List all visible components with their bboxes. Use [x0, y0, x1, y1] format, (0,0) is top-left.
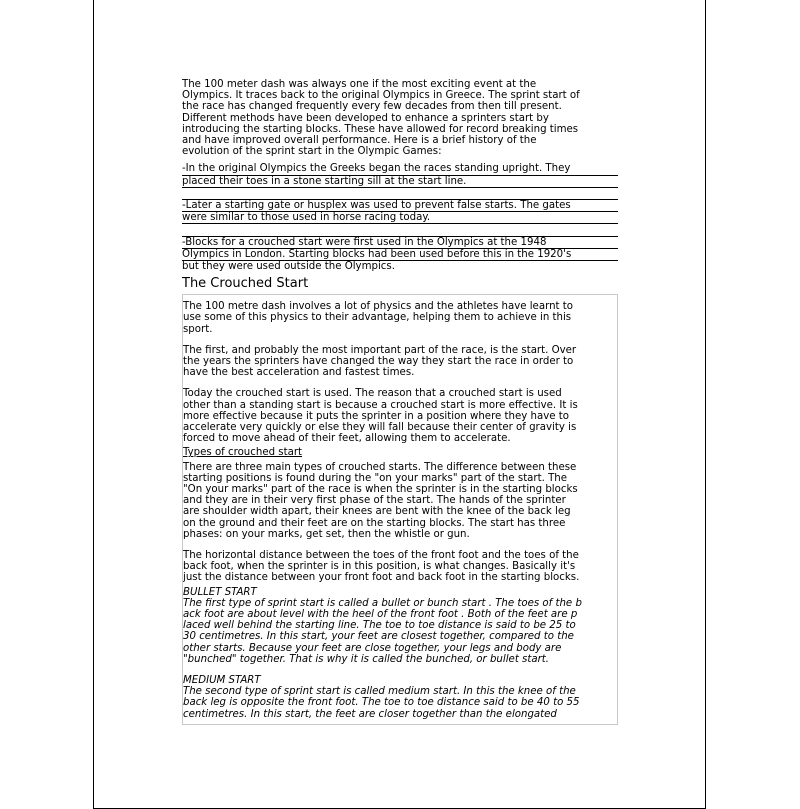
- text-line: more effective because it puts the sprin…: [183, 411, 617, 422]
- crouched-reason-paragraph: Today the crouched start is used. The re…: [183, 388, 617, 444]
- history-line: Olympics in London. Starting blocks had …: [182, 249, 618, 261]
- intro-line: the race has changed frequently every fe…: [182, 101, 618, 112]
- text-line: use some of this physics to their advant…: [183, 312, 617, 323]
- history-line: placed their toes in a stone starting si…: [182, 176, 618, 188]
- underline-rule: [182, 188, 618, 200]
- text-line: There are three main types of crouched s…: [183, 462, 617, 473]
- text-line: The horizontal distance between the toes…: [183, 550, 617, 561]
- text-line: The 100 metre dash involves a lot of phy…: [183, 301, 617, 312]
- text-line: laced well behind the starting line. The…: [183, 620, 617, 631]
- text-line: The first type of sprint start is called…: [183, 598, 617, 609]
- bullet-start-paragraph: The first type of sprint start is called…: [183, 598, 617, 665]
- text-line: forced to move ahead of their feet, allo…: [183, 433, 617, 444]
- intro-line: Olympics. It traces back to the original…: [182, 90, 618, 101]
- text-line: Today the crouched start is used. The re…: [183, 388, 617, 399]
- intro-line: and have improved overall performance. H…: [182, 135, 618, 146]
- underline-rule: [182, 224, 618, 236]
- intro-line: The 100 meter dash was always one if the…: [182, 79, 618, 90]
- history-line: -Later a starting gate or husplex was us…: [182, 200, 618, 212]
- history-item-greeks: -In the original Olympics the Greeks beg…: [182, 163, 618, 200]
- text-line: starting positions is found during the "…: [183, 473, 617, 484]
- history-line: -Blocks for a crouched start were first …: [182, 237, 618, 249]
- types-paragraph: There are three main types of crouched s…: [183, 462, 617, 540]
- history-line: were similar to those used in horse raci…: [182, 212, 618, 224]
- distance-paragraph: The horizontal distance between the toes…: [183, 550, 617, 584]
- text-line: centimetres. In this start, the feet are…: [183, 709, 617, 720]
- text-line: and they are in their very first phase o…: [183, 495, 617, 506]
- text-line: on the ground and their feet are on the …: [183, 518, 617, 529]
- intro-line: evolution of the sprint start in the Oly…: [182, 146, 618, 157]
- history-line: -In the original Olympics the Greeks beg…: [182, 163, 618, 175]
- text-line: The second type of sprint start is calle…: [183, 686, 617, 697]
- section-heading: The Crouched Start: [182, 276, 618, 292]
- types-subheading: Types of crouched start: [183, 447, 617, 458]
- history-item-gate: -Later a starting gate or husplex was us…: [182, 200, 618, 237]
- text-line: just the distance between your front foo…: [183, 572, 617, 583]
- text-line: the years the sprinters have changed the…: [183, 356, 617, 367]
- text-line: other starts. Because your feet are clos…: [183, 643, 617, 654]
- text-line: "bunched" together. That is why it is ca…: [183, 654, 617, 665]
- history-line: but they were used outside the Olympics.: [182, 261, 618, 272]
- document-content: The 100 meter dash was always one if the…: [182, 79, 618, 725]
- intro-line: Different methods have been developed to…: [182, 113, 618, 124]
- text-line: sport.: [183, 324, 617, 335]
- text-line: back foot, when the sprinter is in this …: [183, 561, 617, 572]
- text-line: have the best acceleration and fastest t…: [183, 367, 617, 378]
- crouched-start-textbox: The 100 metre dash involves a lot of phy…: [182, 294, 618, 725]
- text-line: 30 centimetres. In this start, your feet…: [183, 631, 617, 642]
- text-line: "On your marks" part of the race is when…: [183, 484, 617, 495]
- medium-start-title: MEDIUM START: [183, 675, 617, 686]
- medium-start-paragraph: The second type of sprint start is calle…: [183, 686, 617, 720]
- text-line: back leg is opposite the front foot. The…: [183, 697, 617, 708]
- text-line: other than a standing start is because a…: [183, 400, 617, 411]
- text-line: The first, and probably the most importa…: [183, 345, 617, 356]
- text-line: phases: on your marks, get set, then the…: [183, 529, 617, 540]
- intro-line: introducing the starting blocks. These h…: [182, 124, 618, 135]
- bullet-start-title: BULLET START: [183, 587, 617, 598]
- text-line: accelerate very quickly or else they wil…: [183, 422, 617, 433]
- text-line: are shoulder width apart, their knees ar…: [183, 506, 617, 517]
- history-item-blocks: -Blocks for a crouched start were first …: [182, 237, 618, 273]
- intro-paragraph: The 100 meter dash was always one if the…: [182, 79, 618, 157]
- start-importance-paragraph: The first, and probably the most importa…: [183, 345, 617, 379]
- text-line: ack foot are about level with the heel o…: [183, 609, 617, 620]
- physics-paragraph: The 100 metre dash involves a lot of phy…: [183, 301, 617, 335]
